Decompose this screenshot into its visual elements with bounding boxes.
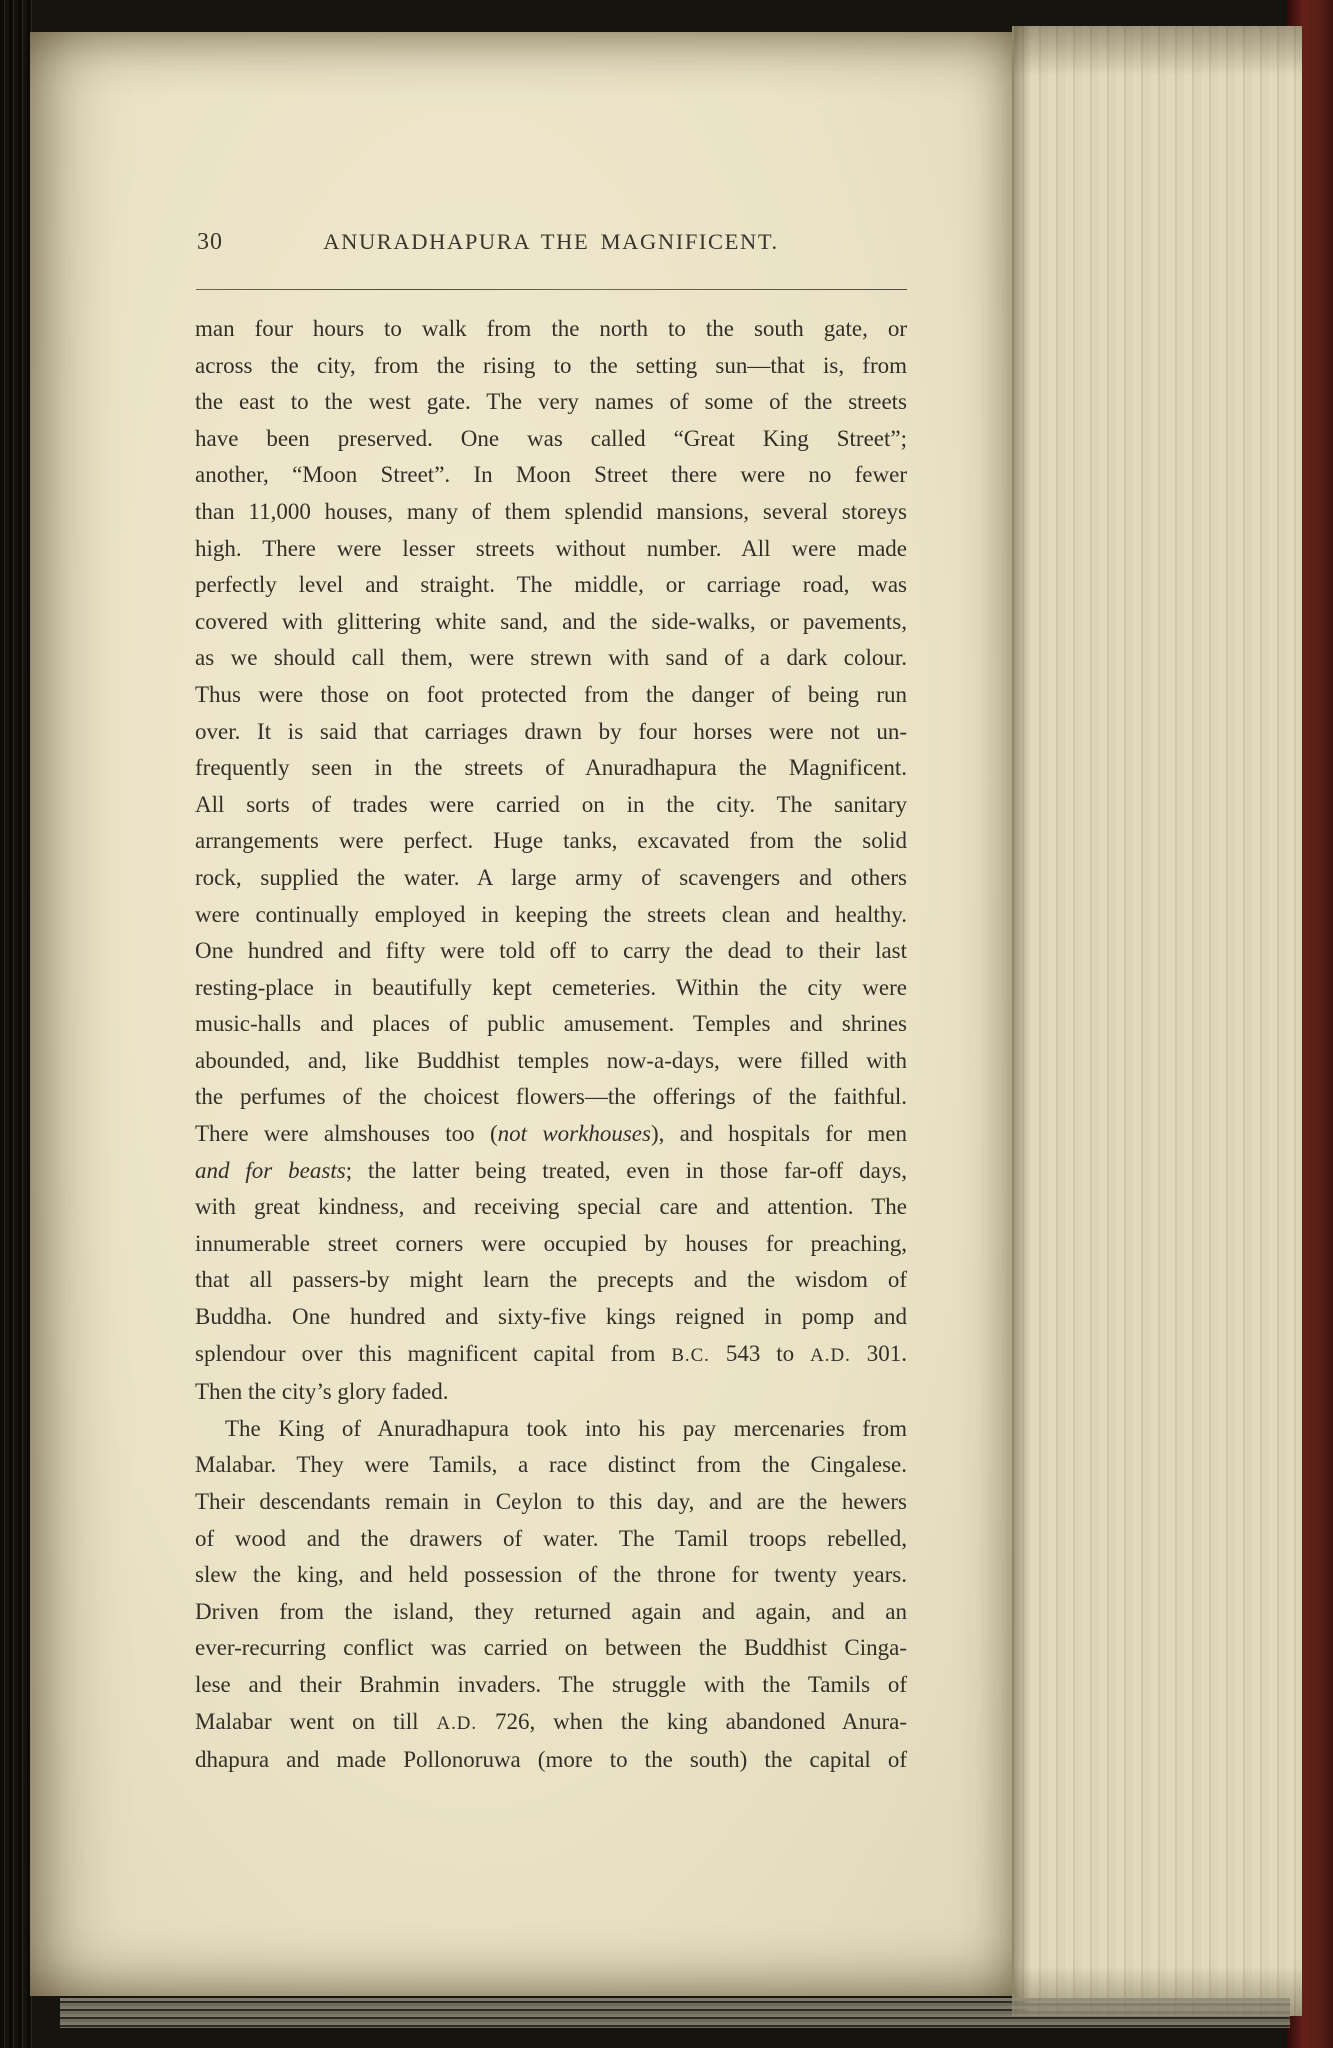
body-text: man four hours to walk from the north to… — [195, 311, 907, 1779]
text-line: than 11,000 houses, many of them splendi… — [195, 494, 907, 531]
text-line: dhapura and made Pollonoruwa (more to th… — [195, 1742, 907, 1779]
text-line: Then the city’s glory faded. — [195, 1374, 907, 1411]
text-line: Buddha. One hundred and sixty-five kings… — [195, 1299, 907, 1336]
text-line: man four hours to walk from the north to… — [195, 311, 907, 348]
page-stack-right — [1012, 26, 1302, 2016]
text-line: Malabar went on till A.D. 726, when the … — [195, 1704, 907, 1743]
text-line: lese and their Brahmin invaders. The str… — [195, 1667, 907, 1704]
text-line: innumerable street corners were occupied… — [195, 1226, 907, 1263]
text-line: covered with glittering white sand, and … — [195, 604, 907, 641]
book-spine-edge — [0, 0, 32, 2048]
text-line: There were almshouses too (not workhouse… — [195, 1116, 907, 1153]
text-line: ever-recurring conflict was carried on b… — [195, 1630, 907, 1667]
text-line: of wood and the drawers of water. The Ta… — [195, 1521, 907, 1558]
text-line: another, “Moon Street”. In Moon Street t… — [195, 457, 907, 494]
header-rule — [196, 289, 907, 290]
text-line: resting-place in beautifully kept cemete… — [195, 970, 907, 1007]
text-line: Their descendants remain in Ceylon to th… — [195, 1484, 907, 1521]
text-line: arrangements were perfect. Huge tanks, e… — [195, 823, 907, 860]
running-title: ANURADHAPURA THE MAGNIFICENT. — [195, 229, 907, 255]
text-line: the east to the west gate. The very name… — [195, 384, 907, 421]
text-line: slew the king, and held possession of th… — [195, 1557, 907, 1594]
text-line: over. It is said that carriages drawn by… — [195, 714, 907, 751]
book-page: 30 ANURADHAPURA THE MAGNIFICENT. man fou… — [30, 32, 1012, 1996]
text-line: The King of Anuradhapura took into his p… — [195, 1411, 907, 1448]
text-line: Driven from the island, they returned ag… — [195, 1594, 907, 1631]
text-line: have been preserved. One was called “Gre… — [195, 421, 907, 458]
text-line: All sorts of trades were carried on in t… — [195, 787, 907, 824]
text-line: that all passers-by might learn the prec… — [195, 1262, 907, 1299]
book-photo: 30 ANURADHAPURA THE MAGNIFICENT. man fou… — [0, 0, 1333, 2048]
text-line: and for beasts; the latter being treated… — [195, 1153, 907, 1190]
text-line: music-halls and places of public amuseme… — [195, 1006, 907, 1043]
text-line: Malabar. They were Tamils, a race distin… — [195, 1447, 907, 1484]
text-line: frequently seen in the streets of Anurad… — [195, 750, 907, 787]
text-line: high. There were lesser streets without … — [195, 531, 907, 568]
page-header: 30 ANURADHAPURA THE MAGNIFICENT. — [195, 226, 907, 258]
text-line: One hundred and fifty were told off to c… — [195, 933, 907, 970]
text-line: abounded, and, like Buddhist temples now… — [195, 1043, 907, 1080]
text-line: the perfumes of the choicest flowers—the… — [195, 1079, 907, 1116]
text-line: rock, supplied the water. A large army o… — [195, 860, 907, 897]
text-line: splendour over this magnificent capital … — [195, 1336, 907, 1375]
text-line: with great kindness, and receiving speci… — [195, 1189, 907, 1226]
text-line: as we should call them, were strewn with… — [195, 640, 907, 677]
text-line: Thus were those on foot protected from t… — [195, 677, 907, 714]
page-stack-bottom — [60, 1998, 1290, 2028]
text-line: across the city, from the rising to the … — [195, 348, 907, 385]
text-line: were continually employed in keeping the… — [195, 897, 907, 934]
text-line: perfectly level and straight. The middle… — [195, 567, 907, 604]
